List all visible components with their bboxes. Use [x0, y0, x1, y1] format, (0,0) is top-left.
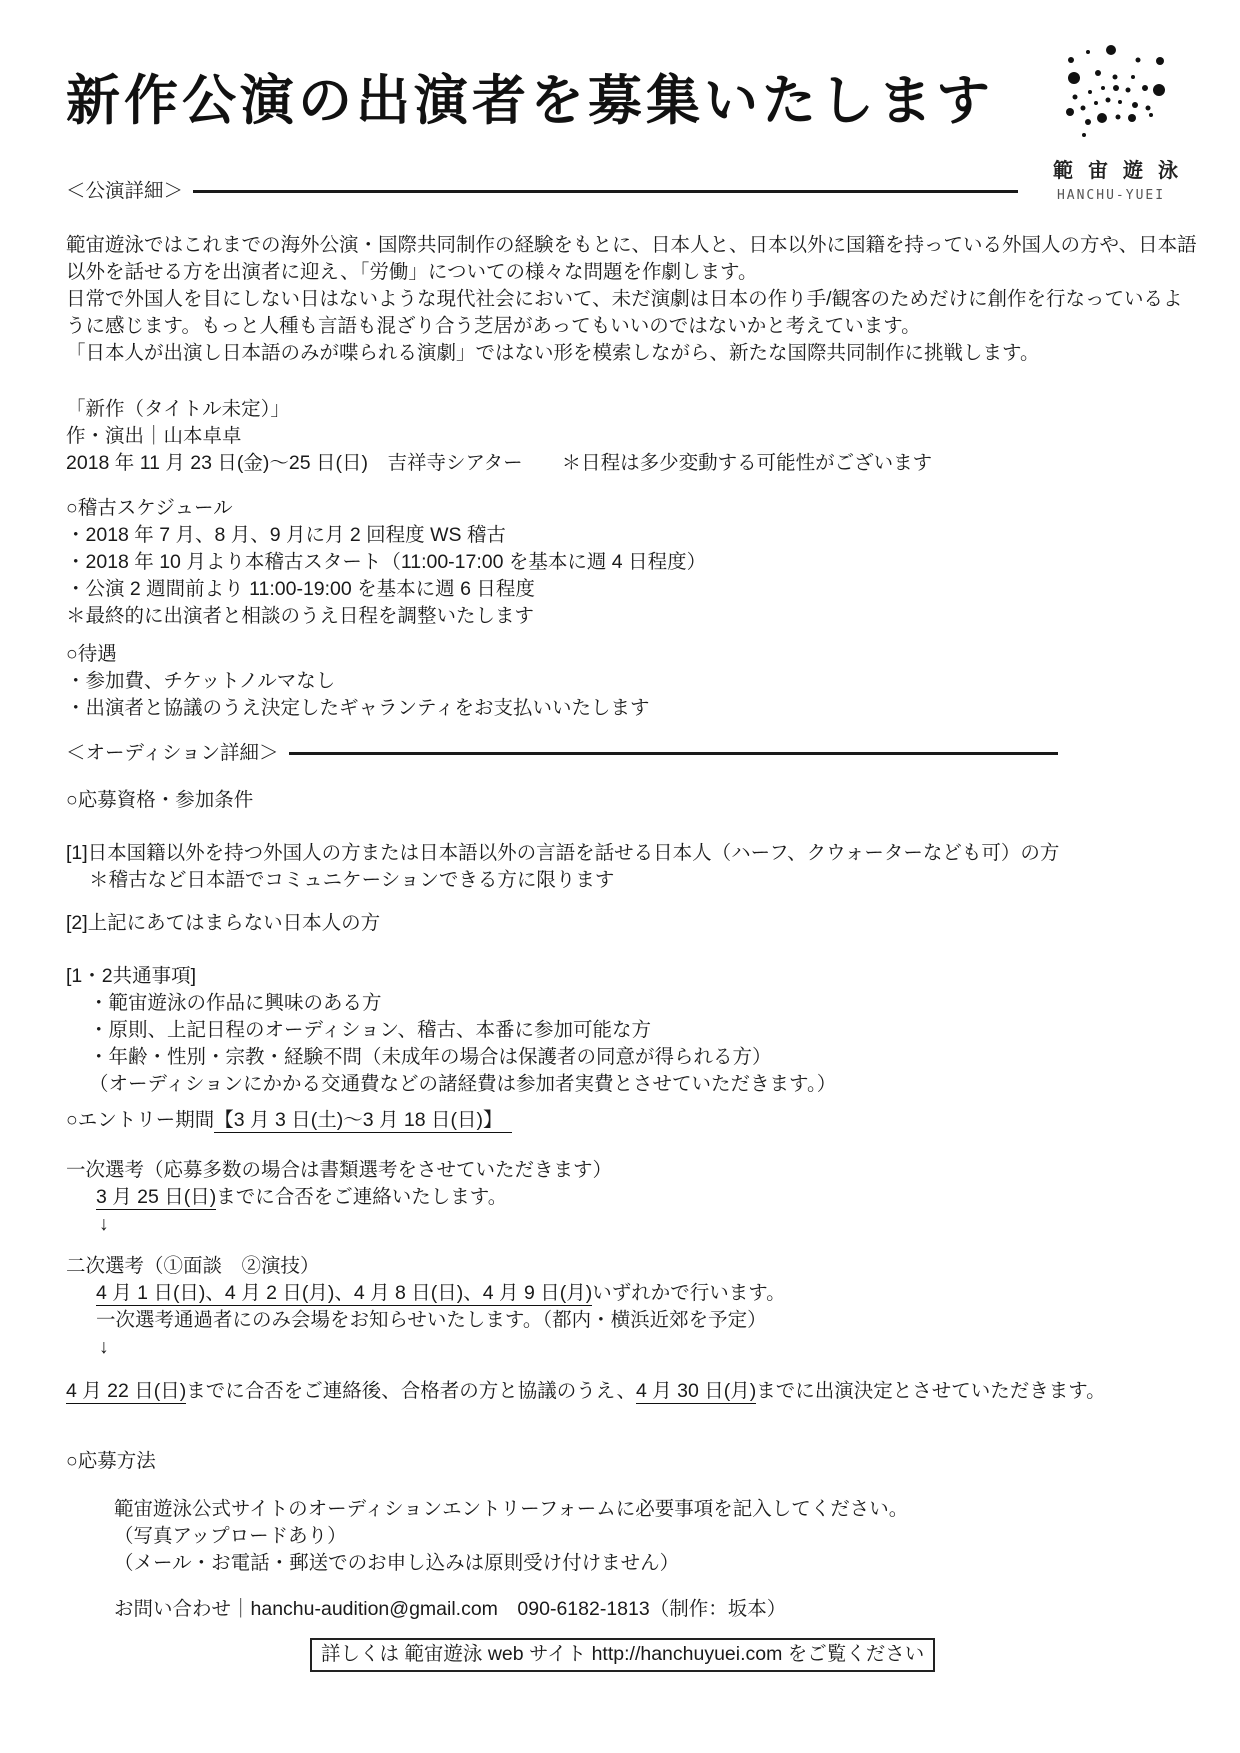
- text-line: ＊最終的に出演者と相談のうえ日程を調整いたします: [66, 603, 1174, 630]
- text-line: ・2018 年 7 月、8 月、9 月に月 2 回程度 WS 稽古: [66, 522, 1174, 549]
- text-segment: 一次選考（応募多数の場合は書類選考をさせていただきます）: [66, 1159, 612, 1181]
- section-header: ＜オーディション詳細＞: [66, 740, 1174, 767]
- text-line: ・2018 年 10 月より本稽古スタート（11:00-17:00 を基本に週 …: [66, 549, 1174, 576]
- text-segment: ＊最終的に出演者と相談のうえ日程を調整いたします: [66, 605, 534, 627]
- text-segment: 作・演出｜山本卓卓: [66, 425, 242, 447]
- text-segment: 「日本人が出演し日本語のみが喋られる演劇」ではない形を模索しながら、新たな国際共…: [66, 342, 1039, 364]
- text-segment: 一次選考通過者にのみ会場をお知らせいたします。（都内・横浜近郊を予定）: [96, 1309, 767, 1331]
- text-segment: ○エントリー期間: [66, 1109, 214, 1131]
- text-segment: までに合否をご連絡後、合格者の方と協議のうえ、: [186, 1380, 636, 1402]
- text-segment: までに合否をご連絡いたします。: [216, 1186, 507, 1208]
- text-line: （オーディションにかかる交通費などの諸経費は参加者実費とさせていただきます。）: [66, 1071, 1174, 1098]
- text-segment: ○応募資格・参加条件: [66, 789, 253, 811]
- text-line: 4 月 1 日(日)、4 月 2 日(月)、4 月 8 日(日)、4 月 9 日…: [66, 1280, 1174, 1307]
- text-segment: ○応募方法: [66, 1450, 156, 1472]
- text-segment: ・2018 年 7 月、8 月、9 月に月 2 回程度 WS 稽古: [66, 524, 506, 546]
- underlined-text: 4 月 22 日(日): [66, 1380, 186, 1404]
- down-arrow-line: ↓: [66, 1211, 1174, 1238]
- text-segment: ・原則、上記日程のオーディション、稽古、本番に参加可能な方: [89, 1019, 651, 1041]
- section-header: ＜公演詳細＞: [66, 178, 1174, 205]
- page-title: 新作公演の出演者を募集いたします: [66, 70, 1174, 132]
- text-segment: ↓: [99, 1336, 109, 1358]
- text-segment: うに感じます。もっと人種も言語も混ざり合う芝居があってもいいのではないかと考えて…: [66, 315, 921, 337]
- text-line: ○待遇: [66, 641, 1174, 668]
- text-line: 「日本人が出演し日本語のみが喋られる演劇」ではない形を模索しながら、新たな国際共…: [66, 340, 1174, 367]
- text-segment: ・範宙遊泳の作品に興味のある方: [89, 992, 382, 1014]
- down-arrow-line: ↓: [66, 1334, 1174, 1361]
- text-line: 範宙遊泳ではこれまでの海外公演・国際共同制作の経験をもとに、日本人と、日本以外に…: [66, 232, 1174, 259]
- underlined-text: 3 月 25 日(日): [96, 1186, 216, 1210]
- document-page: 範宙遊泳 HANCHU-YUEI 新作公演の出演者を募集いたします ＜公演詳細＞…: [0, 0, 1240, 1753]
- text-line: [2]上記にあてはまらない日本人の方: [66, 910, 1174, 937]
- underlined-text: [493, 1109, 513, 1133]
- section-label: ＜公演詳細＞: [66, 178, 183, 205]
- text-line: ・出演者と協議のうえ決定したギャランティをお支払いいたします: [66, 695, 1174, 722]
- logo-kanji-text: 範宙遊泳: [1040, 154, 1182, 183]
- text-line: ＊稽古など日本語でコミュニケーションできる方に限ります: [66, 867, 1174, 894]
- text-line: 二次選考（①面談 ②演技）: [66, 1253, 1174, 1280]
- text-line: ・範宙遊泳の作品に興味のある方: [66, 990, 1174, 1017]
- text-line: ○稽古スケジュール: [66, 495, 1174, 522]
- text-segment: ↓: [99, 1213, 109, 1235]
- boxed-note-text: 詳しくは 範宙遊泳 web サイト http://hanchuyuei.com …: [310, 1638, 935, 1672]
- text-line: ・原則、上記日程のオーディション、稽古、本番に参加可能な方: [66, 1017, 1174, 1044]
- text-segment: ・年齢・性別・宗教・経験不問（未成年の場合は保護者の同意が得られる方）: [89, 1046, 772, 1068]
- text-segment: 日常で外国人を目にしない日はないような現代社会において、未だ演劇は日本の作り手/…: [66, 288, 1183, 310]
- text-segment: [1]日本国籍以外を持つ外国人の方または日本語以外の言語を話せる日本人（ハーフ、…: [66, 842, 1059, 864]
- text-segment: [2]上記にあてはまらない日本人の方: [66, 912, 380, 934]
- underlined-text: 4 月 30 日(月): [636, 1380, 756, 1404]
- text-line: 作・演出｜山本卓卓: [66, 423, 1174, 450]
- text-segment: いずれかで行います。: [592, 1282, 785, 1304]
- text-segment: [1・2共通事項]: [66, 965, 196, 987]
- text-segment: 2018 年 11 月 23 日(金)～25 日(日) 吉祥寺シアター ＊日程は…: [66, 452, 932, 474]
- text-line: [1・2共通事項]: [66, 963, 1174, 990]
- text-line: ○応募方法: [66, 1448, 1174, 1475]
- underlined-text: 4 月 1 日(日)、4 月 2 日(月)、4 月 8 日(日)、4 月 9 日…: [96, 1282, 592, 1306]
- text-segment: ・公演 2 週間前より 11:00-19:00 を基本に週 6 日程度: [66, 578, 535, 600]
- text-segment: 「新作（タイトル未定）」: [66, 398, 290, 420]
- text-segment: ・参加費、チケットノルマなし: [66, 670, 335, 692]
- dots-cluster-logo-icon: [1041, 45, 1181, 140]
- text-line: 範宙遊泳公式サイトのオーディションエントリーフォームに必要事項を記入してください…: [66, 1496, 1174, 1523]
- section-rule: [193, 190, 1018, 193]
- text-segment: ○待遇: [66, 643, 117, 665]
- text-line: 3 月 25 日(日)までに合否をご連絡いたします。: [66, 1184, 1174, 1211]
- section-rule: [289, 752, 1058, 755]
- text-segment: 範宙遊泳公式サイトのオーディションエントリーフォームに必要事項を記入してください…: [114, 1498, 908, 1520]
- text-line: 2018 年 11 月 23 日(金)～25 日(日) 吉祥寺シアター ＊日程は…: [66, 450, 1174, 477]
- text-line: お問い合わせ｜hanchu-audition@gmail.com 090-618…: [66, 1596, 1174, 1623]
- hanchu-yuei-logo: 範宙遊泳 HANCHU-YUEI: [1040, 45, 1182, 203]
- text-segment: ○稽古スケジュール: [66, 497, 233, 519]
- text-line: [1]日本国籍以外を持つ外国人の方または日本語以外の言語を話せる日本人（ハーフ、…: [66, 840, 1174, 867]
- text-line: ・公演 2 週間前より 11:00-19:00 を基本に週 6 日程度: [66, 576, 1174, 603]
- text-line: （メール・お電話・郵送でのお申し込みは原則受け付けません）: [66, 1550, 1174, 1577]
- text-line: 一次選考（応募多数の場合は書類選考をさせていただきます）: [66, 1157, 1174, 1184]
- text-segment: お問い合わせ｜hanchu-audition@gmail.com 090-618…: [114, 1598, 786, 1620]
- document-lines: ＜公演詳細＞範宙遊泳ではこれまでの海外公演・国際共同制作の経験をもとに、日本人と…: [66, 178, 1174, 1672]
- text-segment: （写真アップロードあり）: [114, 1525, 347, 1547]
- text-segment: 二次選考（①面談 ②演技）: [66, 1255, 320, 1277]
- text-segment: ・2018 年 10 月より本稽古スタート（11:00-17:00 を基本に週 …: [66, 551, 706, 573]
- text-line: 以外を話せる方を出演者に迎え、「労働」についての様々な問題を作劇します。: [66, 259, 1174, 286]
- text-line: （写真アップロードあり）: [66, 1523, 1174, 1550]
- text-segment: （オーディションにかかる交通費などの諸経費は参加者実費とさせていただきます。）: [89, 1073, 836, 1095]
- text-line: ・参加費、チケットノルマなし: [66, 668, 1174, 695]
- text-line: 一次選考通過者にのみ会場をお知らせいたします。（都内・横浜近郊を予定）: [66, 1307, 1174, 1334]
- text-line: ○応募資格・参加条件: [66, 787, 1174, 814]
- text-line: 4 月 22 日(日)までに合否をご連絡後、合格者の方と協議のうえ、4 月 30…: [66, 1378, 1174, 1405]
- text-segment: 範宙遊泳ではこれまでの海外公演・国際共同制作の経験をもとに、日本人と、日本以外に…: [66, 234, 1197, 256]
- underlined-text: 【3 月 3 日(土)～3 月 18 日(日)】: [214, 1109, 492, 1133]
- document-content: 新作公演の出演者を募集いたします ＜公演詳細＞範宙遊泳ではこれまでの海外公演・国…: [0, 70, 1240, 1672]
- text-segment: （メール・お電話・郵送でのお申し込みは原則受け付けません）: [114, 1552, 679, 1574]
- section-label: ＜オーディション詳細＞: [66, 740, 279, 767]
- text-line: ○エントリー期間【3 月 3 日(土)～3 月 18 日(日)】: [66, 1107, 1174, 1134]
- text-line: 「新作（タイトル未定）」: [66, 396, 1174, 423]
- text-line: 日常で外国人を目にしない日はないような現代社会において、未だ演劇は日本の作り手/…: [66, 286, 1174, 313]
- text-segment: ＊稽古など日本語でコミュニケーションできる方に限ります: [89, 869, 614, 891]
- text-line: うに感じます。もっと人種も言語も混ざり合う芝居があってもいいのではないかと考えて…: [66, 313, 1174, 340]
- boxed-footer-note: 詳しくは 範宙遊泳 web サイト http://hanchuyuei.com …: [66, 1638, 1174, 1672]
- text-segment: までに出演決定とさせていただきます。: [756, 1380, 1105, 1402]
- text-segment: ・出演者と協議のうえ決定したギャランティをお支払いいたします: [66, 697, 649, 719]
- text-segment: 以外を話せる方を出演者に迎え、「労働」についての様々な問題を作劇します。: [66, 261, 757, 283]
- text-line: ・年齢・性別・宗教・経験不問（未成年の場合は保護者の同意が得られる方）: [66, 1044, 1174, 1071]
- logo-romaji-text: HANCHU-YUEI: [1040, 188, 1182, 203]
